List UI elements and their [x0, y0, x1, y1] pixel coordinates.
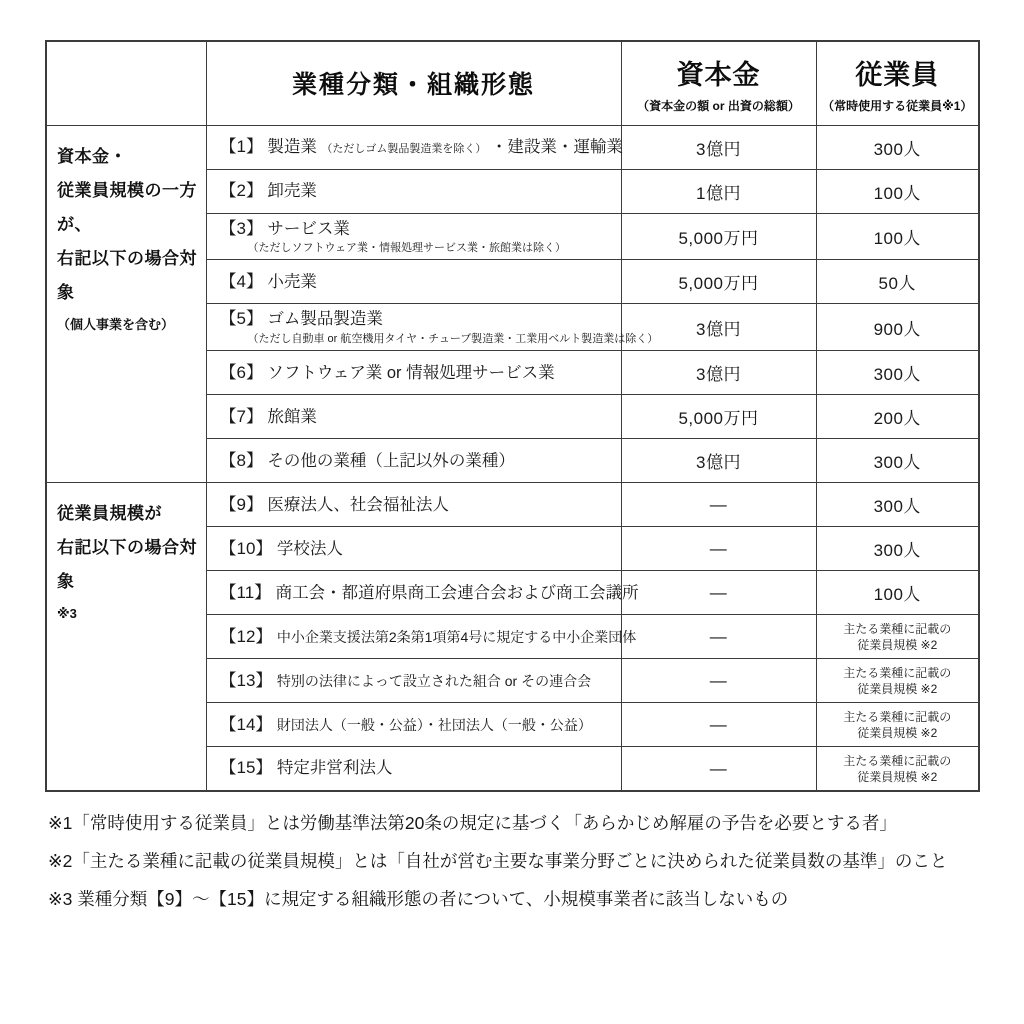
row-number: 【15】	[220, 758, 273, 777]
industry-title: 【15】 特定非営利法人	[220, 757, 613, 780]
footnote-2: ※2「主たる業種に記載の従業員規模」とは「自社が営む主要な事業分野ごとに決められ…	[48, 850, 998, 872]
table-body: 資本金・従業員規模の一方が、右記以下の場合対象（個人事業を含む）【1】 製造業 …	[46, 125, 979, 791]
header-industry: 業種分類・組織形態	[206, 41, 621, 125]
row-title-suffix: ・建設業・運輸業	[491, 138, 623, 156]
row-title: 商工会・都道府県商工会連合会および商工会議所	[276, 584, 639, 602]
row-title: ゴム製品製造業	[267, 310, 383, 328]
row-number: 【3】	[220, 219, 263, 238]
header-industry-label: 業種分類・組織形態	[207, 65, 621, 101]
employees-value: 300人	[874, 365, 921, 384]
row-title: 学校法人	[277, 540, 343, 558]
industry-cell: 【8】 その他の業種（上記以外の業種）	[206, 439, 621, 483]
employees-cell: 900人	[816, 304, 979, 351]
row-number: 【8】	[220, 451, 263, 470]
capital-value: 3億円	[696, 453, 741, 472]
employees-value-line: 従業員規模 ※2	[821, 637, 975, 653]
capital-cell: 5,000万円	[621, 395, 816, 439]
header-capital-label: 資本金	[622, 53, 816, 92]
capital-cell: 3億円	[621, 125, 816, 169]
industry-title: 【9】 医療法人、社会福祉法人	[220, 494, 613, 517]
industry-cell: 【2】 卸売業	[206, 169, 621, 213]
capital-value: 5,000万円	[678, 229, 758, 248]
employees-cell: 100人	[816, 213, 979, 260]
employees-value-line: 従業員規模 ※2	[821, 681, 975, 697]
capital-value: —	[710, 671, 728, 690]
row-note-inline: （ただしゴム製品製造業を除く）	[321, 143, 486, 155]
row-title: 医療法人、社会福祉法人	[267, 496, 449, 514]
employees-value-line: 主たる業種に記載の	[821, 709, 975, 725]
row-number: 【12】	[220, 627, 273, 646]
capital-value: —	[710, 759, 728, 778]
industry-cell: 【11】 商工会・都道府県商工会連合会および商工会議所	[206, 571, 621, 615]
header-employees-label: 従業員	[817, 53, 979, 92]
industry-cell: 【3】 サービス業（ただしソフトウェア業・情報処理サービス業・旅館業は除く）	[206, 213, 621, 260]
row-title: 卸売業	[267, 182, 317, 200]
header-capital-subtitle: （資本金の額 or 出資の総額）	[622, 97, 816, 114]
capital-value: 3億円	[696, 320, 741, 339]
capital-value: 5,000万円	[678, 274, 758, 293]
row-number: 【10】	[220, 539, 273, 558]
capital-value: —	[710, 583, 728, 602]
industry-cell: 【6】 ソフトウェア業 or 情報処理サービス業	[206, 351, 621, 395]
industry-cell: 【15】 特定非営利法人	[206, 747, 621, 791]
header-capital: 資本金 （資本金の額 or 出資の総額）	[621, 41, 816, 125]
row-number: 【1】	[220, 137, 263, 156]
employees-value: 200人	[874, 409, 921, 428]
row-number: 【4】	[220, 272, 263, 291]
employees-cell: 主たる業種に記載の従業員規模 ※2	[816, 615, 979, 659]
capital-cell: —	[621, 747, 816, 791]
capital-value: —	[710, 495, 728, 514]
industry-title: 【11】 商工会・都道府県商工会連合会および商工会議所	[220, 582, 613, 605]
row-number: 【6】	[220, 363, 263, 382]
header-employees: 従業員 （常時使用する従業員※1）	[816, 41, 979, 125]
employees-cell: 50人	[816, 260, 979, 304]
row-number: 【9】	[220, 495, 263, 514]
group-label: 資本金・従業員規模の一方が、右記以下の場合対象（個人事業を含む）	[46, 125, 206, 483]
industry-title: 【6】 ソフトウェア業 or 情報処理サービス業	[220, 362, 613, 385]
industry-title: 【3】 サービス業	[220, 218, 613, 241]
capital-value: 5,000万円	[678, 409, 758, 428]
capital-value: 3億円	[696, 140, 741, 159]
industry-cell: 【12】 中小企業支援法第2条第1項第4号に規定する中小企業団体	[206, 615, 621, 659]
footnote-1: ※1「常時使用する従業員」とは労働基準法第20条の規定に基づく「あらかじめ解雇の…	[48, 812, 998, 834]
capital-cell: —	[621, 483, 816, 527]
capital-cell: —	[621, 527, 816, 571]
capital-value: —	[710, 539, 728, 558]
group-label-line: 右記以下の場合対象	[57, 531, 198, 599]
capital-value: —	[710, 627, 728, 646]
group-label-line: 従業員規模の一方が、	[57, 174, 198, 242]
industry-title: 【5】 ゴム製品製造業	[220, 308, 613, 331]
industry-title: 【13】 特別の法律によって設立された組合 or その連合会	[220, 670, 613, 693]
row-title: 特定非営利法人	[277, 759, 393, 777]
employees-cell: 100人	[816, 169, 979, 213]
group-label-line: 従業員規模が	[57, 497, 198, 531]
table-row: 従業員規模が右記以下の場合対象※3【9】 医療法人、社会福祉法人—300人	[46, 483, 979, 527]
row-number: 【13】	[220, 671, 273, 690]
employees-cell: 主たる業種に記載の従業員規模 ※2	[816, 747, 979, 791]
row-title: その他の業種（上記以外の業種）	[267, 452, 515, 470]
industry-cell: 【7】 旅館業	[206, 395, 621, 439]
row-title: ソフトウェア業 or 情報処理サービス業	[267, 364, 554, 382]
group-label-line: 資本金・	[57, 140, 198, 174]
header-employees-subtitle: （常時使用する従業員※1）	[817, 97, 979, 114]
employees-value: 100人	[874, 585, 921, 604]
employees-value: 300人	[874, 541, 921, 560]
row-title: 製造業	[267, 138, 317, 156]
employees-cell: 300人	[816, 351, 979, 395]
capital-cell: —	[621, 659, 816, 703]
capital-cell: —	[621, 615, 816, 659]
employees-value-line: 主たる業種に記載の	[821, 753, 975, 769]
group-label-note: ※3	[57, 599, 198, 629]
row-note-below: （ただしソフトウェア業・情報処理サービス業・旅館業は除く）	[248, 242, 613, 255]
employees-cell: 300人	[816, 483, 979, 527]
industry-title: 【4】 小売業	[220, 271, 613, 294]
industry-title: 【8】 その他の業種（上記以外の業種）	[220, 450, 613, 473]
employees-value-line: 主たる業種に記載の	[821, 621, 975, 637]
employees-value: 300人	[874, 140, 921, 159]
employees-cell: 主たる業種に記載の従業員規模 ※2	[816, 703, 979, 747]
industry-title: 【12】 中小企業支援法第2条第1項第4号に規定する中小企業団体	[220, 626, 613, 649]
header-row: 業種分類・組織形態 資本金 （資本金の額 or 出資の総額） 従業員 （常時使用…	[46, 41, 979, 125]
industry-cell: 【4】 小売業	[206, 260, 621, 304]
row-number: 【14】	[220, 715, 273, 734]
capital-cell: 1億円	[621, 169, 816, 213]
industry-title: 【1】 製造業 （ただしゴム製品製造業を除く） ・建設業・運輸業	[220, 136, 613, 159]
table-row: 資本金・従業員規模の一方が、右記以下の場合対象（個人事業を含む）【1】 製造業 …	[46, 125, 979, 169]
row-title: 特別の法律によって設立された組合 or その連合会	[277, 673, 591, 689]
industry-cell: 【1】 製造業 （ただしゴム製品製造業を除く） ・建設業・運輸業	[206, 125, 621, 169]
row-number: 【2】	[220, 181, 263, 200]
capital-value: 1億円	[696, 184, 741, 203]
employees-value: 900人	[874, 320, 921, 339]
smb-definition-table: 業種分類・組織形態 資本金 （資本金の額 or 出資の総額） 従業員 （常時使用…	[45, 40, 980, 792]
footnotes: ※1「常時使用する従業員」とは労働基準法第20条の規定に基づく「あらかじめ解雇の…	[48, 812, 998, 926]
capital-cell: —	[621, 703, 816, 747]
row-number: 【11】	[220, 583, 272, 602]
capital-value: —	[710, 715, 728, 734]
industry-title: 【14】 財団法人（一般・公益）・社団法人（一般・公益）	[220, 714, 613, 737]
capital-cell: 5,000万円	[621, 213, 816, 260]
page: 業種分類・組織形態 資本金 （資本金の額 or 出資の総額） 従業員 （常時使用…	[0, 0, 1024, 1024]
capital-cell: —	[621, 571, 816, 615]
row-note-below: （ただし自動車 or 航空機用タイヤ・チューブ製造業・工業用ベルト製造業は除く）	[248, 333, 613, 346]
employees-value-line: 従業員規模 ※2	[821, 725, 975, 741]
industry-title: 【7】 旅館業	[220, 406, 613, 429]
employees-value: 300人	[874, 497, 921, 516]
employees-value: 50人	[879, 274, 916, 293]
employees-cell: 200人	[816, 395, 979, 439]
footnote-3: ※3 業種分類【9】〜【15】に規定する組織形態の者について、小規模事業者に該当…	[48, 888, 998, 910]
industry-cell: 【13】 特別の法律によって設立された組合 or その連合会	[206, 659, 621, 703]
industry-cell: 【10】 学校法人	[206, 527, 621, 571]
industry-cell: 【14】 財団法人（一般・公益）・社団法人（一般・公益）	[206, 703, 621, 747]
group-label-note: （個人事業を含む）	[57, 310, 198, 340]
group-label-line: 右記以下の場合対象	[57, 242, 198, 310]
employees-value: 300人	[874, 453, 921, 472]
industry-title: 【10】 学校法人	[220, 538, 613, 561]
industry-cell: 【5】 ゴム製品製造業（ただし自動車 or 航空機用タイヤ・チューブ製造業・工業…	[206, 304, 621, 351]
industry-title: 【2】 卸売業	[220, 180, 613, 203]
employees-cell: 100人	[816, 571, 979, 615]
employees-value: 100人	[874, 229, 921, 248]
corner-cell	[46, 41, 206, 125]
row-title: 小売業	[267, 273, 317, 291]
row-number: 【7】	[220, 407, 263, 426]
row-title: 旅館業	[267, 408, 317, 426]
row-number: 【5】	[220, 309, 263, 328]
employees-value: 100人	[874, 184, 921, 203]
capital-cell: 3億円	[621, 439, 816, 483]
row-title: サービス業	[267, 220, 350, 238]
employees-cell: 主たる業種に記載の従業員規模 ※2	[816, 659, 979, 703]
row-title: 財団法人（一般・公益）・社団法人（一般・公益）	[277, 717, 592, 733]
capital-cell: 5,000万円	[621, 260, 816, 304]
employees-cell: 300人	[816, 527, 979, 571]
employees-value-line: 主たる業種に記載の	[821, 665, 975, 681]
employees-cell: 300人	[816, 125, 979, 169]
employees-value-line: 従業員規模 ※2	[821, 769, 975, 785]
capital-cell: 3億円	[621, 351, 816, 395]
industry-cell: 【9】 医療法人、社会福祉法人	[206, 483, 621, 527]
group-label: 従業員規模が右記以下の場合対象※3	[46, 483, 206, 791]
capital-value: 3億円	[696, 365, 741, 384]
employees-cell: 300人	[816, 439, 979, 483]
row-title: 中小企業支援法第2条第1項第4号に規定する中小企業団体	[277, 629, 636, 645]
